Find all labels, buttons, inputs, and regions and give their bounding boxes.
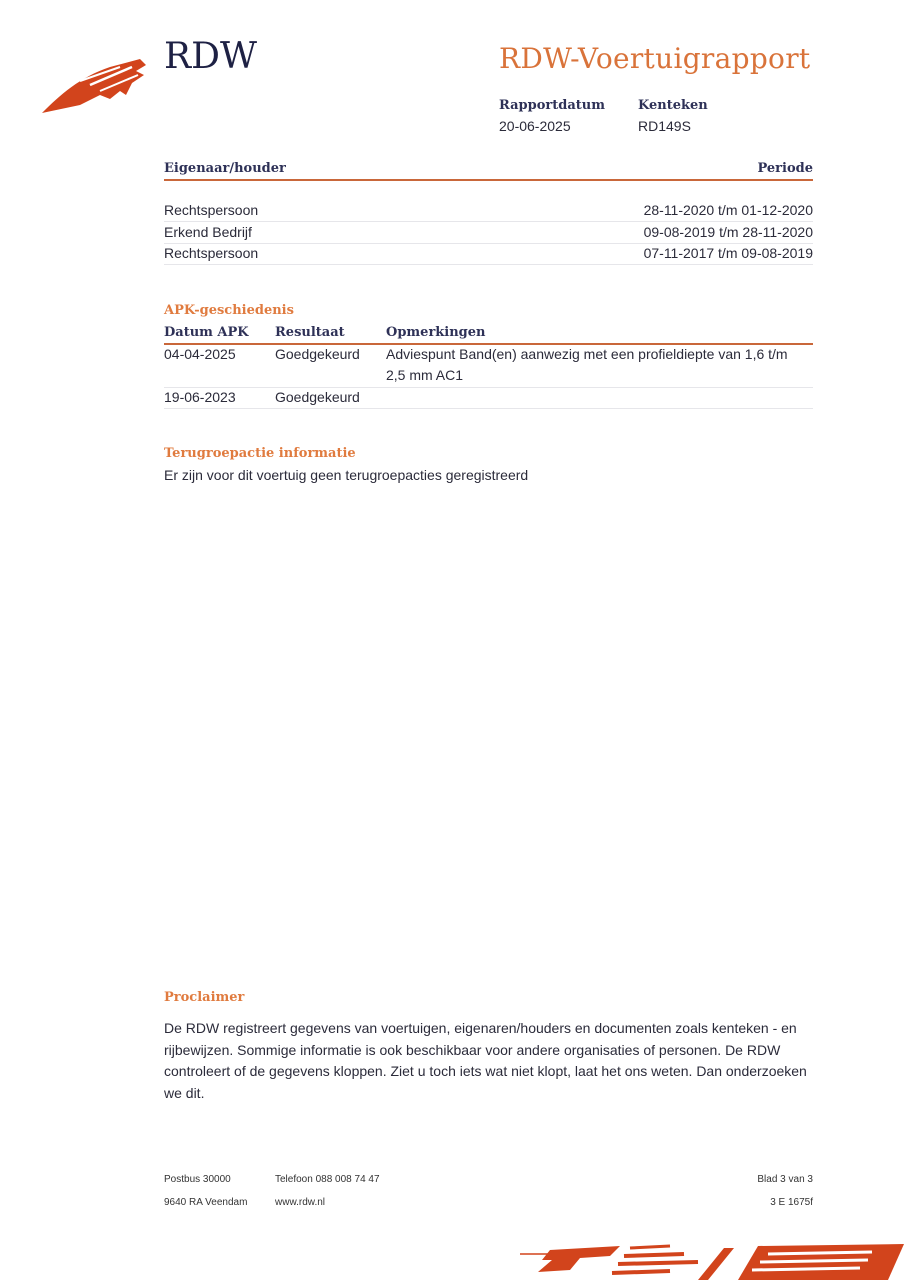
- footer-postcode: 9640 RA Veendam: [164, 1197, 247, 1208]
- owner-name: Rechtspersoon: [164, 243, 258, 264]
- owner-row: Rechtspersoon 28-11-2020 t/m 01-12-2020: [164, 200, 813, 222]
- proclaimer-title: Proclaimer: [164, 990, 244, 1005]
- brand-logo-text: RDW: [164, 36, 257, 77]
- owner-period: 28-11-2020 t/m 01-12-2020: [644, 200, 813, 221]
- apk-row: 19-06-2023 Goedgekeurd: [164, 387, 813, 409]
- report-title: RDW-Voertuigrapport: [499, 42, 810, 75]
- apk-date-header: Datum APK: [164, 325, 249, 340]
- report-date-label: Rapportdatum: [499, 98, 605, 113]
- report-date-value: 20-06-2025: [499, 118, 571, 134]
- footer-postbus: Postbus 30000: [164, 1174, 231, 1185]
- apk-result: Goedgekeurd: [275, 344, 360, 365]
- rdw-feather-logo-icon: [40, 55, 150, 117]
- apk-section-title: APK-geschiedenis: [164, 303, 294, 318]
- apk-row: 04-04-2025 Goedgekeurd Adviespunt Band(e…: [164, 344, 813, 388]
- recall-text: Er zijn voor dit voertuig geen terugroep…: [164, 465, 528, 486]
- recall-section-title: Terugroepactie informatie: [164, 446, 356, 461]
- apk-table-header: Datum APK Resultaat Opmerkingen: [164, 325, 813, 343]
- license-plate-value: RD149S: [638, 118, 691, 134]
- rdw-stripes-decoration-icon: [520, 1242, 904, 1280]
- apk-remarks-header: Opmerkingen: [386, 325, 806, 340]
- footer-page-number: Blad 3 van 3: [757, 1174, 813, 1185]
- apk-date: 19-06-2023: [164, 387, 236, 408]
- owner-column-header: Eigenaar/houder: [164, 161, 286, 176]
- apk-result: Goedgekeurd: [275, 387, 360, 408]
- owner-row: Erkend Bedrijf 09-08-2019 t/m 28-11-2020: [164, 222, 813, 244]
- footer-document-code: 3 E 1675f: [770, 1197, 813, 1208]
- footer-phone: Telefoon 088 008 74 47: [275, 1174, 380, 1185]
- license-plate-label: Kenteken: [638, 98, 708, 113]
- footer-website[interactable]: www.rdw.nl: [275, 1197, 325, 1208]
- owner-name: Rechtspersoon: [164, 200, 258, 221]
- owner-period: 07-11-2017 t/m 09-08-2019: [644, 243, 813, 264]
- owner-period: 09-08-2019 t/m 28-11-2020: [644, 222, 813, 243]
- apk-remarks: Adviespunt Band(en) aanwezig met een pro…: [386, 344, 806, 386]
- apk-result-header: Resultaat: [275, 325, 345, 340]
- owner-row: Rechtspersoon 07-11-2017 t/m 09-08-2019: [164, 243, 813, 265]
- proclaimer-text: De RDW registreert gegevens van voertuig…: [164, 1018, 813, 1104]
- owner-name: Erkend Bedrijf: [164, 222, 252, 243]
- owners-header-divider: [164, 179, 813, 181]
- period-column-header: Periode: [757, 161, 813, 176]
- apk-date: 04-04-2025: [164, 344, 236, 365]
